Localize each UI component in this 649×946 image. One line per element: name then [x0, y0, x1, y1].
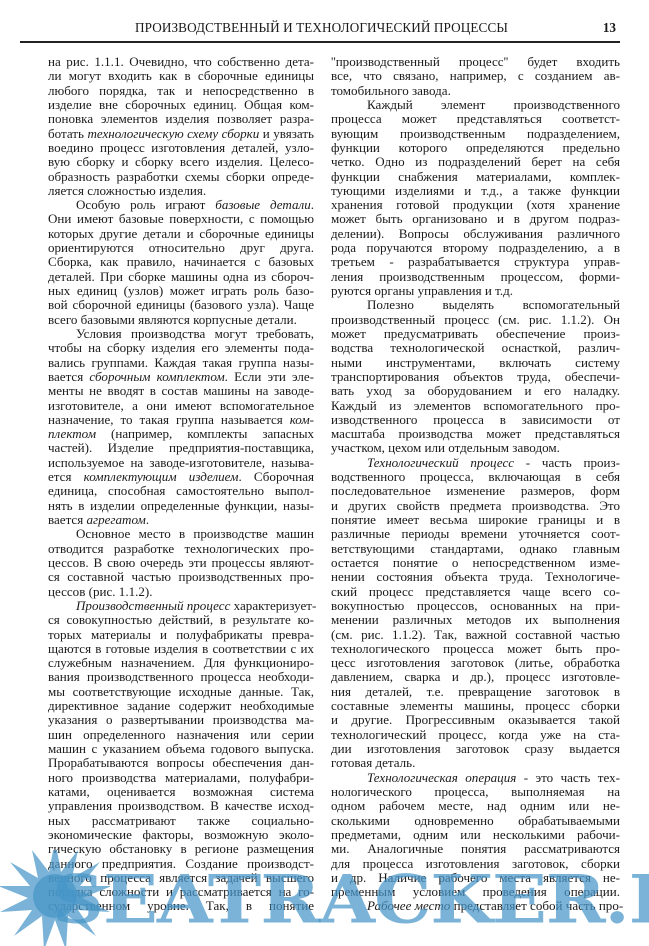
text-line: цессов. В свою очередь эти процессы явля… — [48, 556, 314, 570]
text-line: цесс изготовления заготовок (литье, обра… — [331, 656, 620, 670]
text-line: гическую обстановку в регионе размещения — [48, 842, 314, 856]
text-line: указания о развертывании производства ма… — [48, 713, 314, 727]
text-line: изделие вне сборочных единиц. Общая ком- — [48, 98, 314, 112]
text-line: всего базовыми являются корпусные детали… — [48, 313, 314, 327]
text-line: поновка элементов изделия позволяет разр… — [48, 112, 314, 126]
text-line: процесса может представляться соответст- — [331, 112, 620, 126]
text-line: водства технологической оснасткой, разли… — [331, 341, 620, 355]
text-line: дии изготовления заготовок сразу выдаетс… — [331, 742, 620, 756]
text-line: директивное задание содержит необходимые — [48, 699, 314, 713]
text-line: Каждый из элементов вспомогательного про… — [331, 399, 620, 413]
text-line: (см. рис. 1.1.2). Так, важной составной … — [331, 628, 620, 642]
text-line: нении состояния объекта труда. Технологи… — [331, 570, 620, 584]
text-line: для процесса изготовления заготовок, сбо… — [331, 857, 620, 871]
header-rule — [20, 41, 620, 43]
text-line: Производственный процесс характеризует- — [48, 599, 314, 613]
text-line: вается агрегатом. — [48, 513, 314, 527]
text-line: служебным назначением. Для функциониро- — [48, 656, 314, 670]
text-line: последовательное изменение размеров, фор… — [331, 484, 620, 498]
text-line: щаются в готовые изделия в соответствии … — [48, 642, 314, 656]
text-line: Сборка, как правило, начинается с базовы… — [48, 255, 314, 269]
text-line: ли могут входить как в сборочные единицы — [48, 69, 314, 83]
text-line: шин определенного назначения или серии — [48, 728, 314, 742]
text-line: изводственного процесса в зависимости от — [331, 413, 620, 427]
text-line: технологического процесса может быть про… — [331, 642, 620, 656]
text-line: Основное место в производстве машин — [48, 527, 314, 541]
text-line: ного производства материалами, полуфабри… — [48, 771, 314, 785]
text-line: венного процесса является задачей высшег… — [48, 871, 314, 885]
text-line: вокупностью процессов, основанных на при… — [331, 599, 620, 613]
text-line: различные периоды времени уточняется соо… — [331, 527, 620, 541]
text-line: плектом (например, комплекты запасных — [48, 427, 314, 441]
text-line: отводится разработке технологических про… — [48, 542, 314, 556]
text-line: вую сборку и сборку всего изделия. Целес… — [48, 155, 314, 169]
text-line: управления производством. В качестве исх… — [48, 799, 314, 813]
text-line: ботать технологическую схему сборки и ув… — [48, 127, 314, 141]
text-line: вается сборочным комплектом. Если эти эл… — [48, 370, 314, 384]
left-column: на рис. 1.1.1. Очевидно, что собственно … — [48, 55, 314, 914]
text-line: давлением, сварка и др.), процесс изгото… — [331, 670, 620, 684]
text-line: вующим производственным подразделением, — [331, 127, 620, 141]
text-line: водственного процесса, включающая в себя — [331, 470, 620, 484]
text-line: Прорабатываются вопросы обеспечения дан- — [48, 756, 314, 770]
text-line: ния деталей, т.е. превращение заготовок … — [331, 685, 620, 699]
text-line: томобильного завода. — [331, 84, 620, 98]
text-line: менении различных методов их выполнения — [331, 613, 620, 627]
text-line: вания производственного процесса необход… — [48, 670, 314, 684]
text-line: сударственном уровне. Так, в понятие — [48, 899, 314, 913]
page-number: 13 — [603, 20, 616, 36]
text-line: вой сборочной единицы (базового узла). Ч… — [48, 298, 314, 312]
text-line: предметами, одним или несколькими рабочи… — [331, 828, 620, 842]
text-line: и др. Наличие рабочего места является не… — [331, 871, 620, 885]
text-line: сколькими одновременно обрабатываемыми — [331, 814, 620, 828]
text-line: понятие имеет весьма широкие границы и в — [331, 513, 620, 527]
text-line: функции снабжения материалами, комплек- — [331, 170, 620, 184]
text-line: Они имеют базовые поверхности, с помощью — [48, 212, 314, 226]
text-line: масштаба производства может представлять… — [331, 427, 620, 441]
text-line: ных рассматривают также социально- — [48, 814, 314, 828]
text-line: может быть организовано и в другом подра… — [331, 212, 620, 226]
text-line: чтобы на сборку изделия его элементы под… — [48, 341, 314, 355]
text-line: участком, цехом или отдельным заводом. — [331, 441, 620, 455]
text-line: может предусматривать обеспечение произ- — [331, 327, 620, 341]
text-line: используемое на заводе-изготовителе, наз… — [48, 456, 314, 470]
text-line: одном рабочем месте, над одним или не- — [331, 799, 620, 813]
text-line: любого порядка, так и непосредственно в — [48, 84, 314, 98]
text-line: Полезно выделять вспомогательный — [331, 298, 620, 312]
text-line: ветствующими стандартами, однако главным — [331, 542, 620, 556]
text-line: машин с указанием объема годового выпуск… — [48, 742, 314, 756]
text-line: ными инструментами, включать систему — [331, 356, 620, 370]
text-line: технологический процесс, когда уже на ст… — [331, 728, 620, 742]
text-line: образность разработки схемы сборки опред… — [48, 170, 314, 184]
text-line: торых материалы и полуфабрикаты превра- — [48, 628, 314, 642]
text-line: нять в изделии определенные функции, наз… — [48, 499, 314, 513]
text-line: функции которого определяются предельно — [331, 141, 620, 155]
text-line: вать уход за оборудованием и его наладку… — [331, 384, 620, 398]
text-line: данного предприятия. Создание производст… — [48, 857, 314, 871]
text-line: Условия производства могут требовать, — [48, 327, 314, 341]
text-line: порядка сложности и рассматривается на г… — [48, 885, 314, 899]
running-title: ПРОИЗВОДСТВЕННЫЙ И ТЕХНОЛОГИЧЕСКИЙ ПРОЦЕ… — [135, 20, 508, 36]
text-line: все, что связано, например, с созданием … — [331, 69, 620, 83]
text-line: составные элементы машины, процесс сборк… — [331, 699, 620, 713]
text-line: экономические факторы, возможную эколо- — [48, 828, 314, 842]
text-line: которых другие детали и сборочные единиц… — [48, 227, 314, 241]
text-line: Каждый элемент производственного — [331, 98, 620, 112]
page-header: ПРОИЗВОДСТВЕННЫЙ И ТЕХНОЛОГИЧЕСКИЙ ПРОЦЕ… — [20, 0, 620, 40]
text-line: цессов (рис. 1.1.2). — [48, 585, 314, 599]
text-line: Рабочее место представляет собой часть п… — [331, 899, 620, 913]
text-line: на рис. 1.1.1. Очевидно, что собственно … — [48, 55, 314, 69]
text-line: и других свойств предмета производства. … — [331, 499, 620, 513]
text-line: рода поручаются второму подразделению, а… — [331, 241, 620, 255]
text-line: тующими изделиями и т.д., а также функци… — [331, 184, 620, 198]
text-line: ления производственным процессом, форми- — [331, 270, 620, 284]
text-line: воедино процесс изготовления деталей, уз… — [48, 141, 314, 155]
text-line: ется комплектующим изделием. Сборочная — [48, 470, 314, 484]
text-line: и другие. Прогрессивным оказывается тако… — [331, 713, 620, 727]
text-line: ных единиц (узлов) может играть роль баз… — [48, 284, 314, 298]
text-line: четко. Одно из подразделений берет на се… — [331, 155, 620, 169]
text-line: Технологический процесс - часть произ- — [331, 456, 620, 470]
text-line: деталей. При сборке машины одна из сборо… — [48, 270, 314, 284]
text-line: третьем - разрабатывается структура упра… — [331, 255, 620, 269]
text-line: частей). Изделие предприятия-поставщика, — [48, 441, 314, 455]
text-line: ский процесс представляется чаще всего с… — [331, 585, 620, 599]
text-line: хранения готовой продукции (хотя хранени… — [331, 198, 620, 212]
text-line: ся составной частью производственных про… — [48, 570, 314, 584]
text-line: ляется сложностью изделия. — [48, 184, 314, 198]
text-line: транспортирования объектов труда, обеспе… — [331, 370, 620, 384]
text-line: Технологическая операция - это часть тех… — [331, 771, 620, 785]
right-column: ''производственный процесс'' будет входи… — [331, 55, 620, 914]
text-line: пременным условием проведения операции. — [331, 885, 620, 899]
text-line: Особую роль играют базовые детали. — [48, 198, 314, 212]
text-line: назначение, то такая группа называется к… — [48, 413, 314, 427]
text-line: нологического процесса, выполняемая на — [331, 785, 620, 799]
text-line: ми. Аналогичные понятия рассматриваются — [331, 842, 620, 856]
text-line: ''производственный процесс'' будет входи… — [331, 55, 620, 69]
text-line: единица, способная самостоятельно выпол- — [48, 484, 314, 498]
text-line: производственный процесс (см. рис. 1.1.2… — [331, 313, 620, 327]
text-line: делении). Вопросы обслуживания различног… — [331, 227, 620, 241]
text-line: готовая деталь. — [331, 756, 620, 770]
text-line: ся совокупностью действий, в результате … — [48, 613, 314, 627]
text-line: катами, оценивается возможная система — [48, 785, 314, 799]
text-line: вались группами. Каждая такая группа наз… — [48, 356, 314, 370]
text-line: ориентируются относительно друг друга. — [48, 241, 314, 255]
text-line: руются органы управления и т.д. — [331, 284, 620, 298]
text-line: менты не вводят в состав машины на завод… — [48, 384, 314, 398]
text-line: мы соответствующие исходные данные. Так, — [48, 685, 314, 699]
text-line: изготовителе, а они имеют вспомогательно… — [48, 399, 314, 413]
text-line: остается понятие о непосредственном изме… — [331, 556, 620, 570]
